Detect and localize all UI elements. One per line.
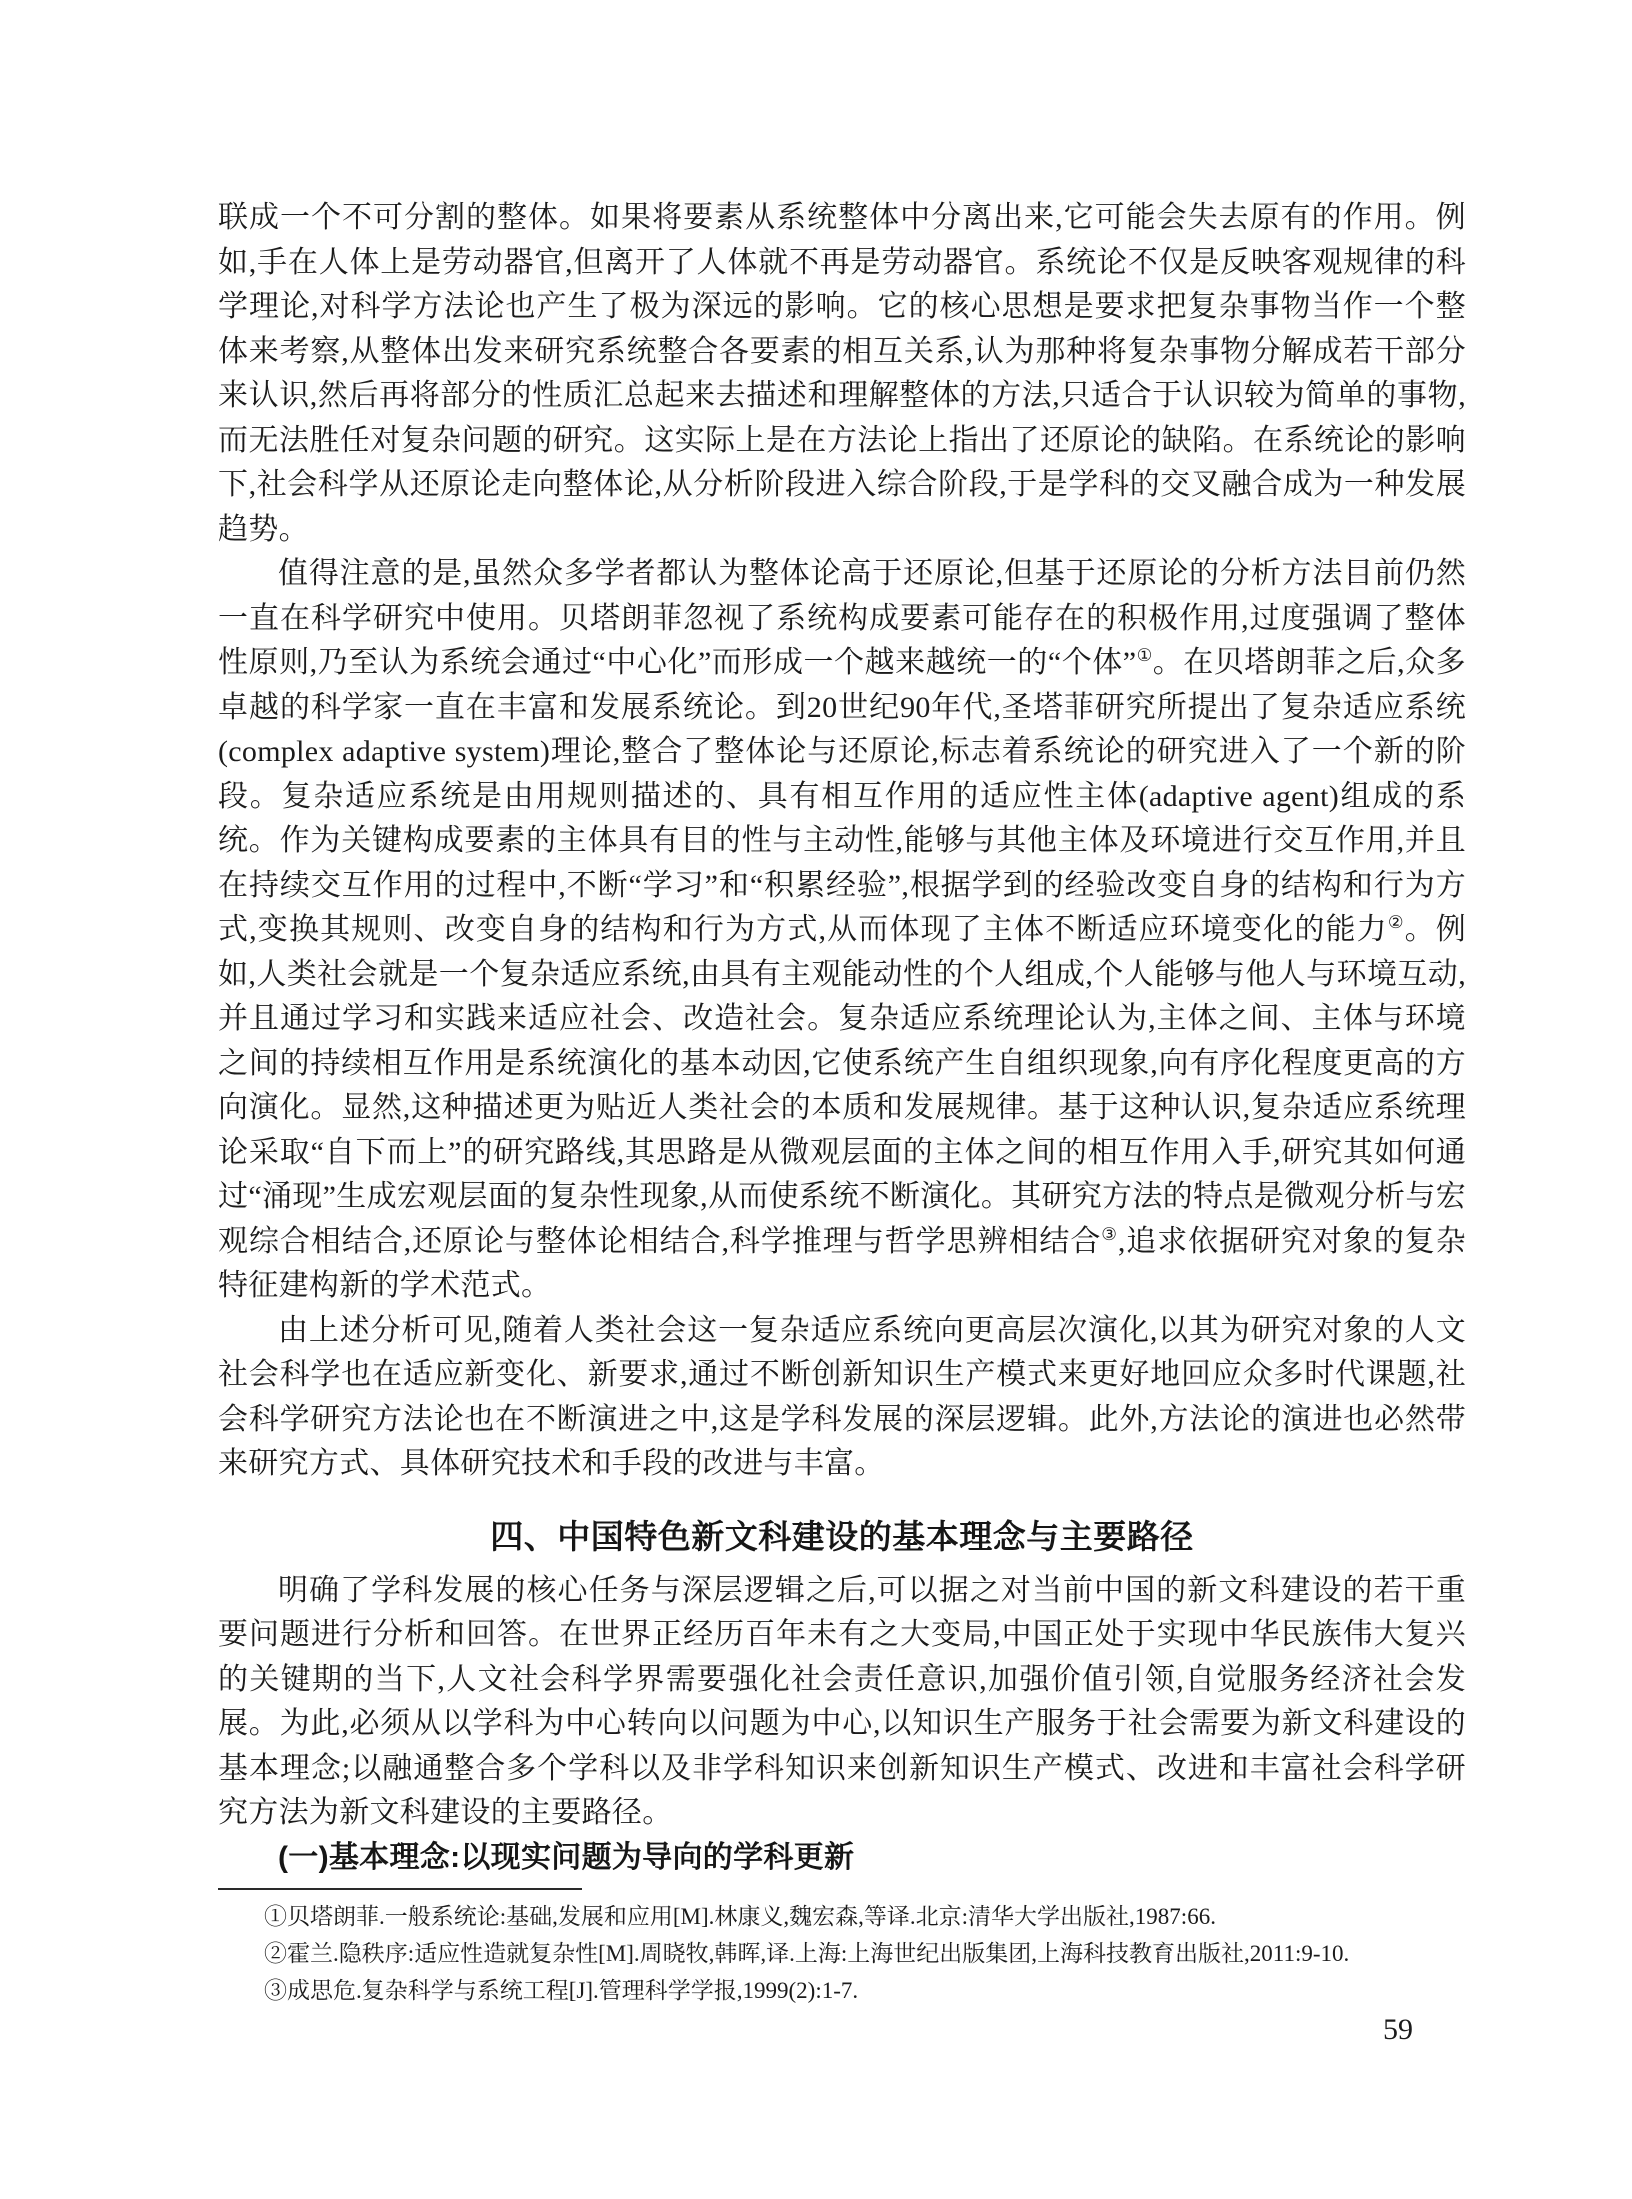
footnote: ②霍兰.隐秩序:适应性造就复杂性[M].周晓牧,韩晖,译.上海:上海世纪出版集团… bbox=[218, 1935, 1466, 1972]
body-paragraph: 联成一个不可分割的整体。如果将要素从系统整体中分离出来,它可能会失去原有的作用。… bbox=[218, 196, 1466, 552]
footnote: ③成思危.复杂科学与系统工程[J].管理科学学报,1999(2):1-7. bbox=[218, 1972, 1466, 2009]
footnote-ref: ② bbox=[1388, 912, 1405, 932]
body-paragraph: 由上述分析可见,随着人类社会这一复杂适应系统向更高层次演化,以其为研究对象的人文… bbox=[218, 1309, 1466, 1487]
footnote-ref: ③ bbox=[1101, 1224, 1118, 1244]
article-blocks: 联成一个不可分割的整体。如果将要素从系统整体中分离出来,它可能会失去原有的作用。… bbox=[218, 196, 1466, 1884]
subsection-heading: (一)基本理念:以现实问题为导向的学科更新 bbox=[218, 1836, 1466, 1881]
footnote: ①贝塔朗菲.一般系统论:基础,发展和应用[M].林康义,魏宏森,等译.北京:清华… bbox=[218, 1898, 1466, 1935]
journal-page: 联成一个不可分割的整体。如果将要素从系统整体中分离出来,它可能会失去原有的作用。… bbox=[0, 0, 1632, 2199]
footnotes: ①贝塔朗菲.一般系统论:基础,发展和应用[M].林康义,魏宏森,等译.北京:清华… bbox=[218, 1898, 1466, 2009]
page-number: 59 bbox=[1383, 2013, 1413, 2047]
footnote-separator bbox=[218, 1888, 582, 1890]
footnote-ref: ① bbox=[1136, 645, 1152, 665]
body-paragraph: 进入21世纪以来,新一轮信息通信技术革命与产业变革,对社会结构和运行形成又一次巨… bbox=[218, 1880, 1466, 1884]
body-paragraph: 明确了学科发展的核心任务与深层逻辑之后,可以据之对当前中国的新文科建设的若干重要… bbox=[218, 1569, 1466, 1836]
section-heading: 四、中国特色新文科建设的基本理念与主要路径 bbox=[218, 1513, 1466, 1561]
body-paragraph: 值得注意的是,虽然众多学者都认为整体论高于还原论,但基于还原论的分析方法目前仍然… bbox=[218, 552, 1466, 1309]
